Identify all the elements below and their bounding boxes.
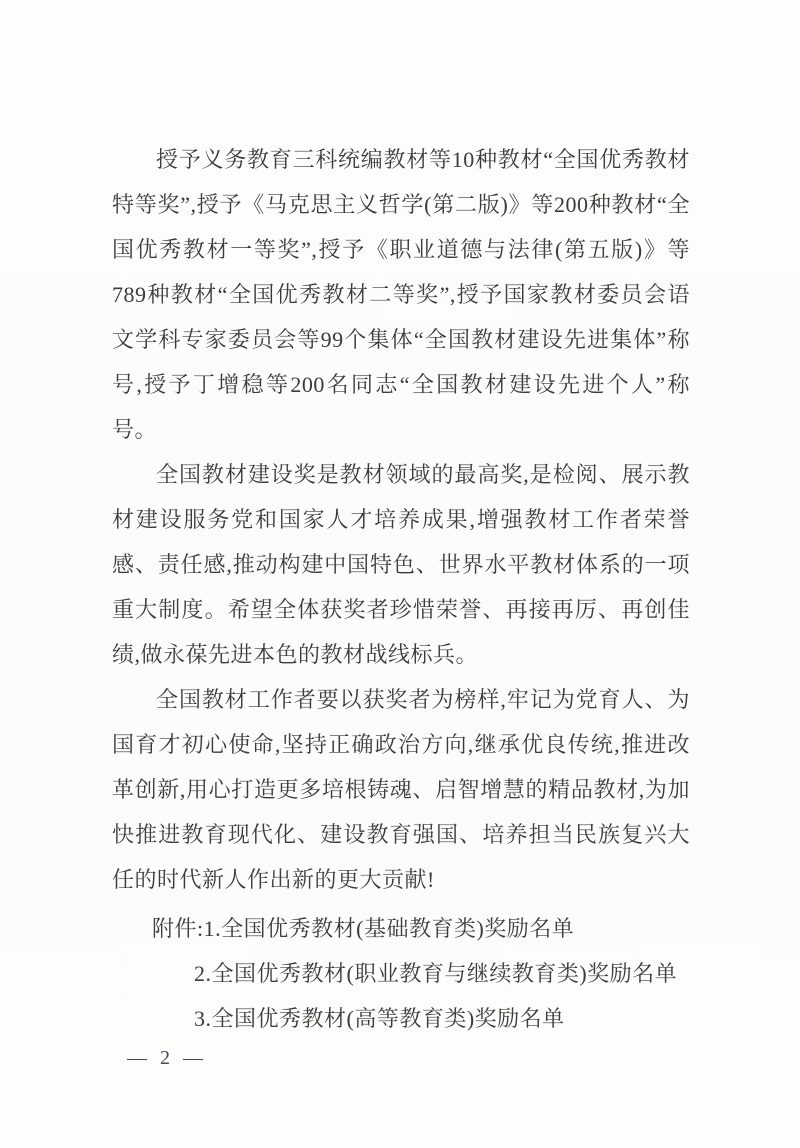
page-number: — 2 — xyxy=(127,1045,207,1071)
paragraph-award-list: 授予义务教育三科统编教材等10种教材“全国优秀教材特等奖”,授予《马克思主义哲学… xyxy=(112,137,690,452)
paragraph-award-significance: 全国教材建设奖是教材领域的最高奖,是检阅、展示教材建设服务党和国家人才培养成果,… xyxy=(112,452,690,677)
document-body: 授予义务教育三科统编教材等10种教材“全国优秀教材特等奖”,授予《马克思主义哲学… xyxy=(112,137,690,902)
scanned-document-page: 授予义务教育三科统编教材等10种教材“全国优秀教材特等奖”,授予《马克思主义哲学… xyxy=(0,0,800,1148)
attachment-item-3: 3.全国优秀教材(高等教育类)奖励名单 xyxy=(194,996,712,1041)
paragraph-call-to-action: 全国教材工作者要以获奖者为榜样,牢记为党育人、为国育才初心使命,坚持正确政治方向… xyxy=(112,677,690,902)
attachment-item-2: 2.全国优秀教材(职业教育与继续教育类)奖励名单 xyxy=(194,951,712,996)
attachment-item-1: 1.全国优秀教材(基础教育类)奖励名单 xyxy=(204,916,575,941)
attachment-line-1: 附件:1.全国优秀教材(基础教育类)奖励名单 xyxy=(152,906,712,951)
attachments-label: 附件: xyxy=(152,916,204,941)
attachments-block: 附件:1.全国优秀教材(基础教育类)奖励名单 2.全国优秀教材(职业教育与继续教… xyxy=(152,906,712,1041)
